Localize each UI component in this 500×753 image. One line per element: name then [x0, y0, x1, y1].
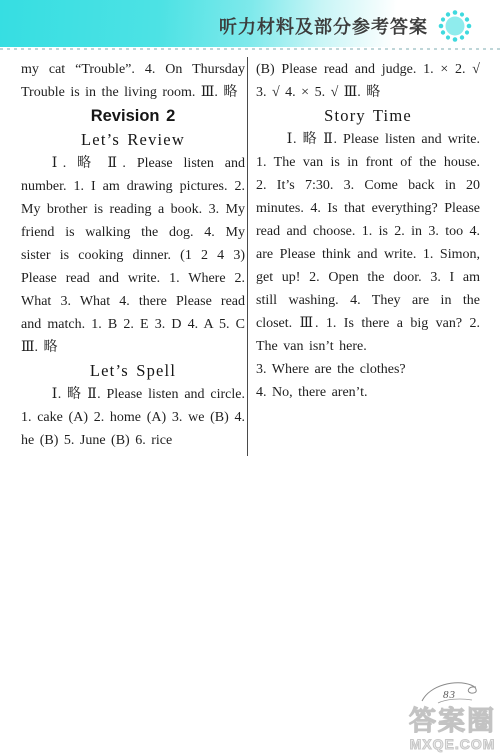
right-column: (B) Please read and judge. 1. × 2. √ 3. … [256, 58, 480, 404]
heading-lets-spell: Let’s Spell [21, 359, 245, 383]
heading-story-time: Story Time [256, 104, 480, 128]
review-answers-paragraph: Ⅰ. 略 Ⅱ. Please listen and number. 1. I a… [21, 152, 245, 359]
sun-dots-icon [436, 8, 474, 46]
watermark: 答案圈 MXQE.COM [409, 708, 496, 751]
watermark-logo-text: 答案圈 [409, 708, 496, 735]
page-title: 听力材料及部分参考答案 [219, 13, 428, 39]
heading-revision-2: Revision 2 [21, 104, 245, 128]
spell-answers-paragraph: Ⅰ. 略 Ⅱ. Please listen and circle. 1. cak… [21, 383, 245, 452]
story-answers-paragraph: Ⅰ. 略 Ⅱ. Please listen and write. 1. The … [256, 128, 480, 358]
page-number: 83 [443, 689, 456, 701]
judge-answers-paragraph: (B) Please read and judge. 1. × 2. √ 3. … [256, 58, 480, 104]
answer-line: 4. No, there aren’t. [256, 381, 480, 404]
header-dashed-divider [0, 48, 500, 50]
left-column: my cat “Trouble”. 4. On Thursday Trouble… [21, 58, 245, 452]
answer-line: 3. Where are the clothes? [256, 358, 480, 381]
continuation-paragraph: my cat “Trouble”. 4. On Thursday Trouble… [21, 58, 245, 104]
column-divider [247, 57, 248, 456]
scanned-answer-page: 听力材料及部分参考答案 my cat “Trouble”. 4. On Thur… [0, 0, 500, 753]
heading-lets-review: Let’s Review [21, 128, 245, 152]
watermark-site-url: MXQE.COM [409, 737, 496, 751]
